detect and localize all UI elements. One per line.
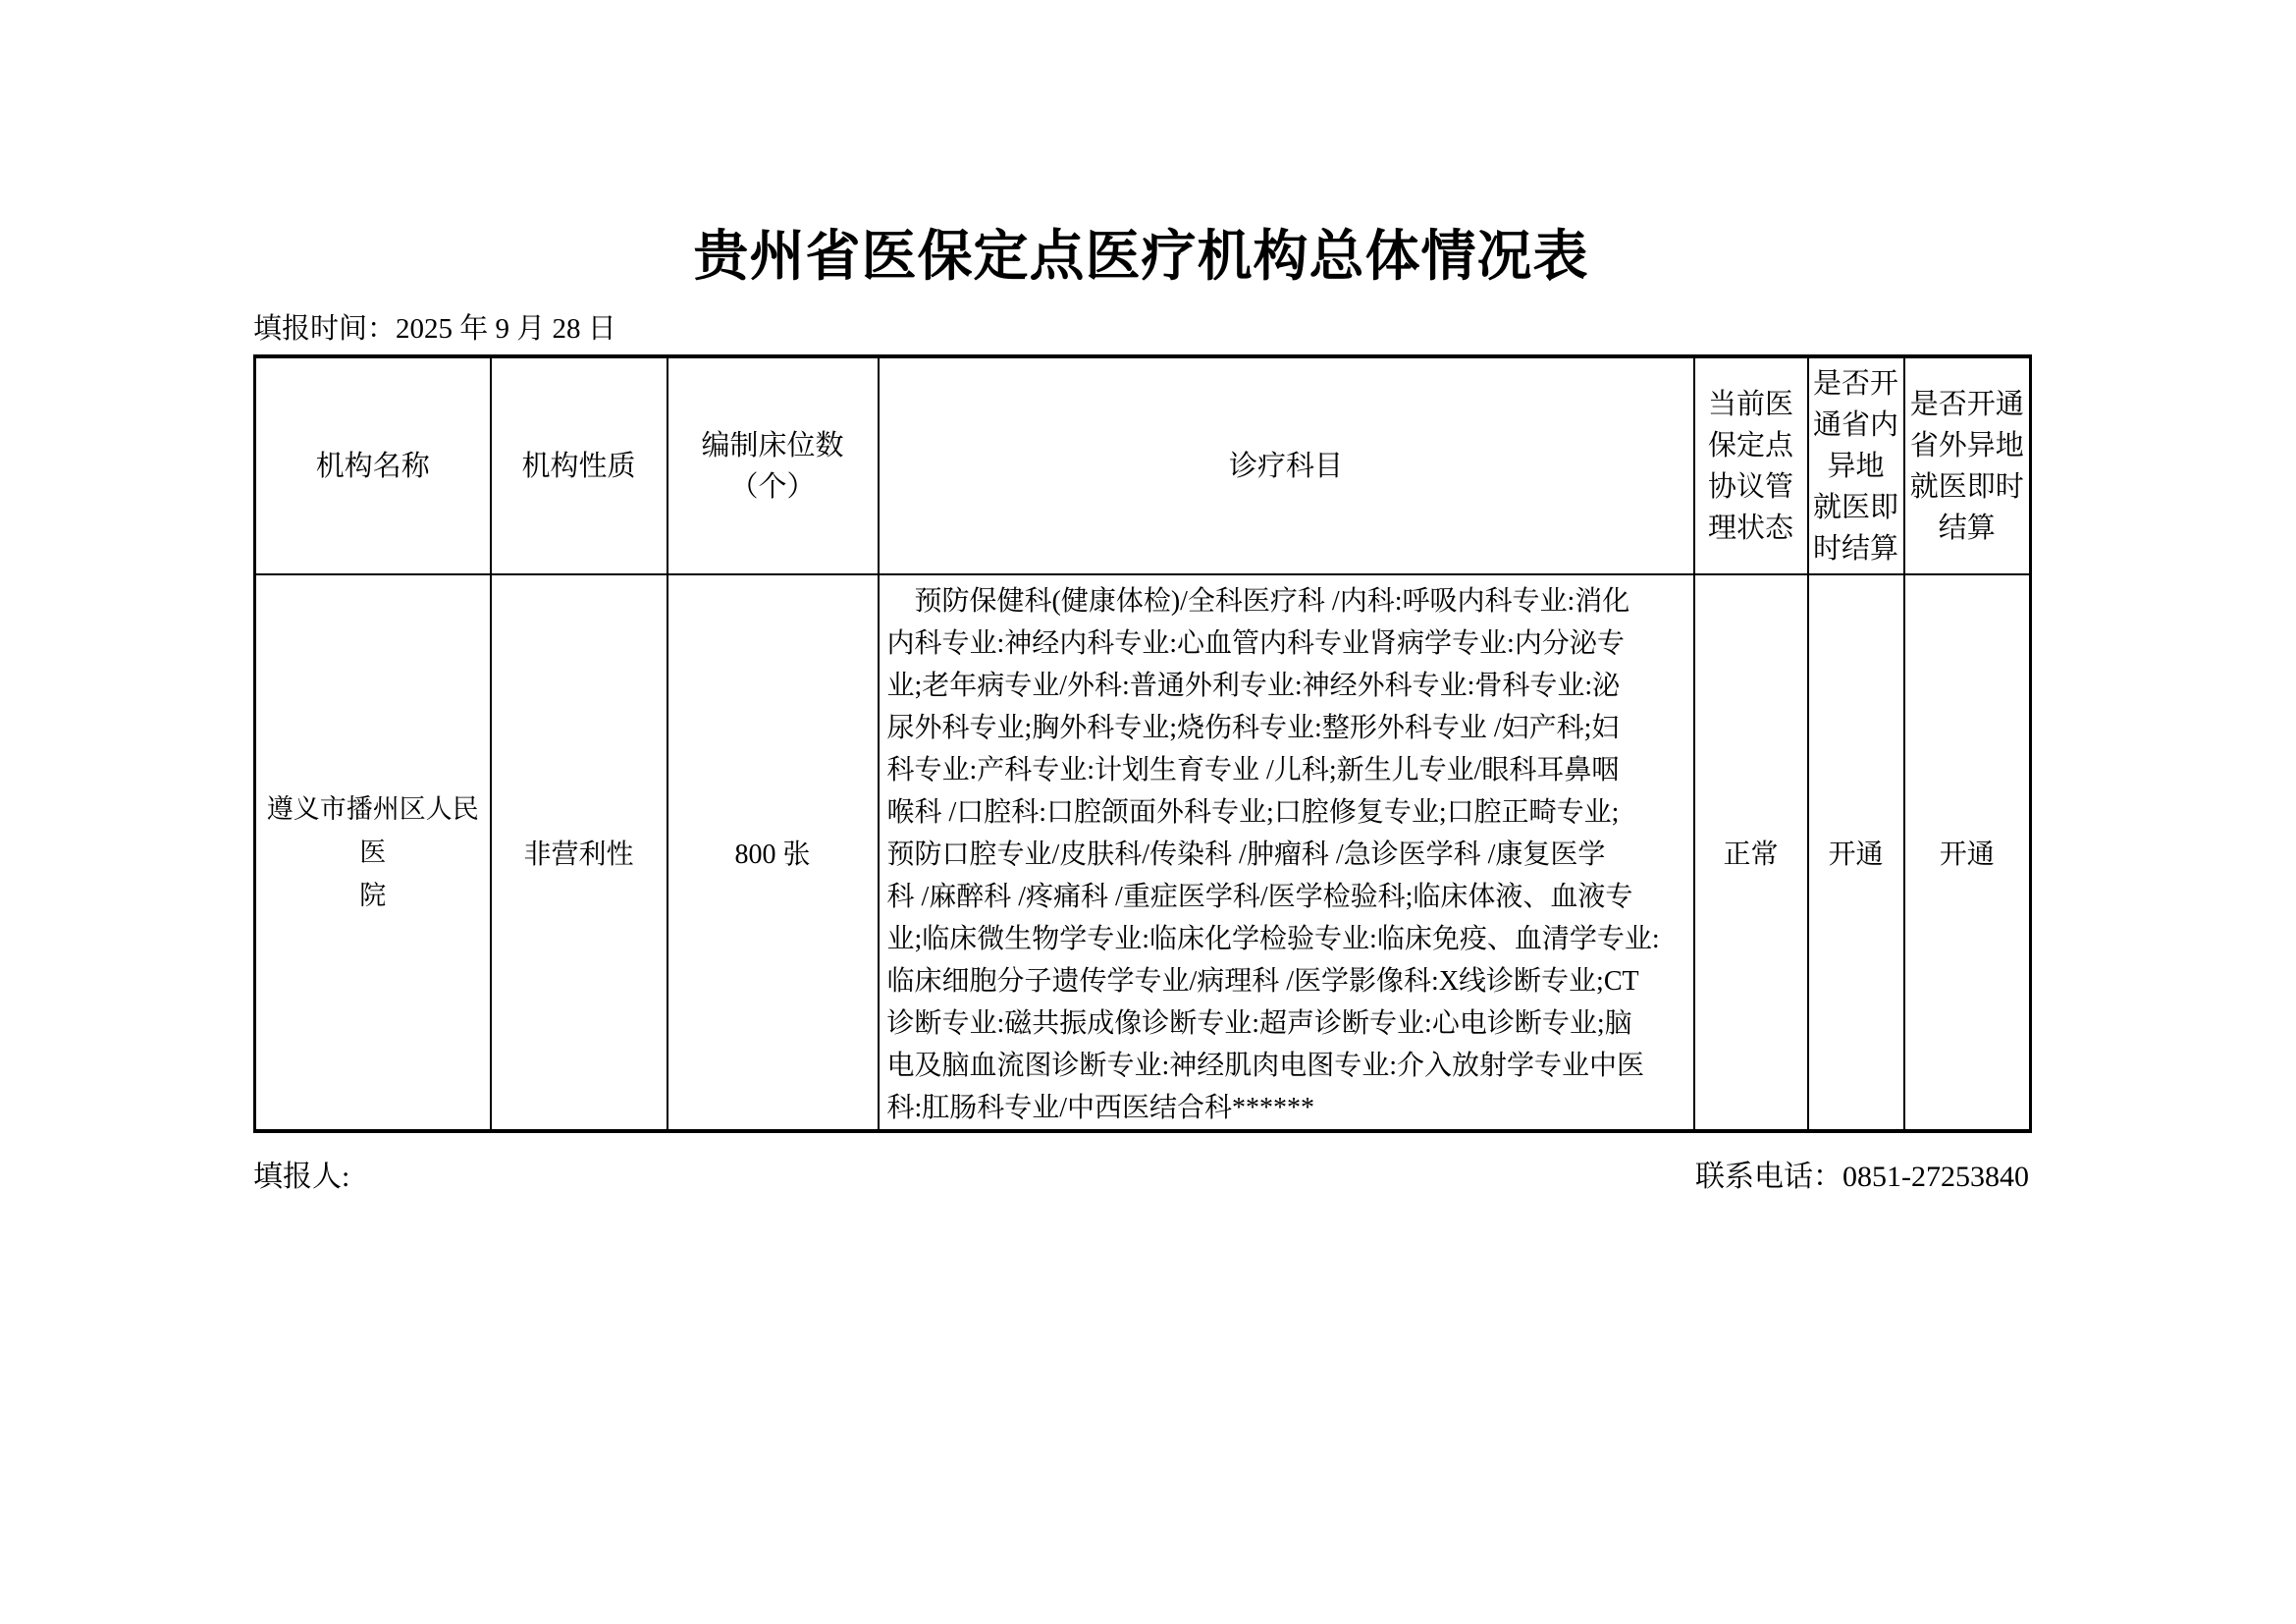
cell-org-nature: 非营利性 [491, 574, 667, 1131]
col-header-org-name: 机构名称 [255, 356, 491, 574]
cell-org-name: 遵义市播州区人民医 院 [255, 574, 491, 1131]
col-header-departments: 诊疗科目 [879, 356, 1694, 574]
col-header-in-province-settlement: 是否开 通省内 异地 就医即 时结算 [1808, 356, 1904, 574]
report-page: 贵州省医保定点医疗机构总体情况表 填报时间：2025 年 9 月 28 日 机构… [253, 0, 2029, 1195]
table-header-row: 机构名称 机构性质 编制床位数（个） 诊疗科目 当前医 保定点 协议管 理状态 … [255, 356, 2031, 574]
col-header-bed-count: 编制床位数（个） [667, 356, 879, 574]
institutions-table: 机构名称 机构性质 编制床位数（个） 诊疗科目 当前医 保定点 协议管 理状态 … [253, 354, 2032, 1133]
cell-out-province-settlement: 开通 [1904, 574, 2031, 1131]
cell-departments: 预防保健科(健康体检)/全科医疗科 /内科:呼吸内科专业:消化 内科专业:神经内… [879, 574, 1694, 1131]
report-footer: 填报人: 联系电话：0851-27253840 [253, 1160, 2029, 1195]
cell-in-province-settlement: 开通 [1808, 574, 1904, 1131]
cell-bed-count: 800 张 [667, 574, 879, 1131]
col-header-out-province-settlement: 是否开通 省外异地 就医即时 结算 [1904, 356, 2031, 574]
col-header-agreement-status: 当前医 保定点 协议管 理状态 [1694, 356, 1808, 574]
page-title: 贵州省医保定点医疗机构总体情况表 [253, 218, 2029, 297]
footer-filler-label: 填报人: [253, 1160, 349, 1195]
col-header-org-nature: 机构性质 [491, 356, 667, 574]
footer-contact-phone: 联系电话：0851-27253840 [1695, 1160, 2029, 1195]
cell-agreement-status: 正常 [1694, 574, 1808, 1131]
report-date: 填报时间：2025 年 9 月 28 日 [253, 312, 2029, 346]
table-row: 遵义市播州区人民医 院 非营利性 800 张 预防保健科(健康体检)/全科医疗科… [255, 574, 2031, 1131]
